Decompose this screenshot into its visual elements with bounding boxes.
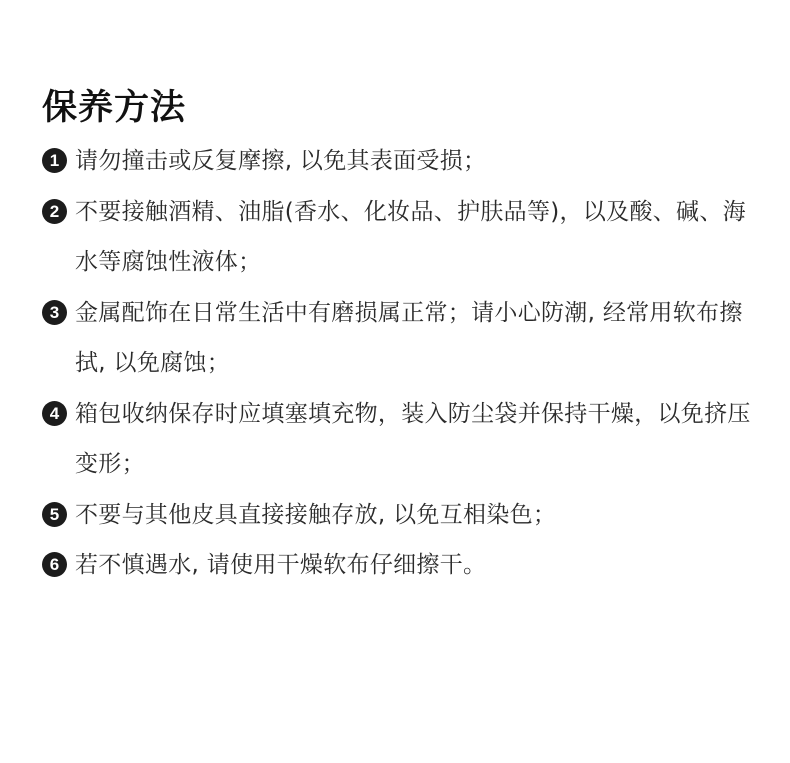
circled-number-3-icon: 3: [42, 300, 67, 325]
circled-number-5-icon: 5: [42, 502, 67, 527]
care-item-text: 若不慎遇水, 请使用干燥软布仔细擦干。: [75, 540, 762, 591]
list-item: 5 不要与其他皮具直接接触存放, 以免互相染色；: [42, 490, 762, 541]
page-title: 保养方法: [42, 85, 186, 131]
list-item: 6 若不慎遇水, 请使用干燥软布仔细擦干。: [42, 540, 762, 591]
circled-number-2-icon: 2: [42, 199, 67, 224]
care-item-text: 不要接触酒精、油脂(香水、化妆品、护肤品等)，以及酸、碱、海水等腐蚀性液体；: [75, 187, 762, 288]
list-item: 1 请勿撞击或反复摩擦, 以免其表面受损；: [42, 136, 762, 187]
circled-number-4-icon: 4: [42, 401, 67, 426]
care-instructions-list: 1 请勿撞击或反复摩擦, 以免其表面受损； 2 不要接触酒精、油脂(香水、化妆品…: [42, 136, 762, 591]
list-item: 2 不要接触酒精、油脂(香水、化妆品、护肤品等)，以及酸、碱、海水等腐蚀性液体；: [42, 187, 762, 288]
care-item-text: 金属配饰在日常生活中有磨损属正常；请小心防潮, 经常用软布擦拭, 以免腐蚀；: [75, 288, 762, 389]
care-item-text: 请勿撞击或反复摩擦, 以免其表面受损；: [75, 136, 762, 187]
care-item-text: 箱包收纳保存时应填塞填充物，装入防尘袋并保持干燥，以免挤压变形；: [75, 389, 762, 490]
list-item: 4 箱包收纳保存时应填塞填充物，装入防尘袋并保持干燥，以免挤压变形；: [42, 389, 762, 490]
circled-number-6-icon: 6: [42, 552, 67, 577]
circled-number-1-icon: 1: [42, 148, 67, 173]
list-item: 3 金属配饰在日常生活中有磨损属正常；请小心防潮, 经常用软布擦拭, 以免腐蚀；: [42, 288, 762, 389]
care-item-text: 不要与其他皮具直接接触存放, 以免互相染色；: [75, 490, 762, 541]
